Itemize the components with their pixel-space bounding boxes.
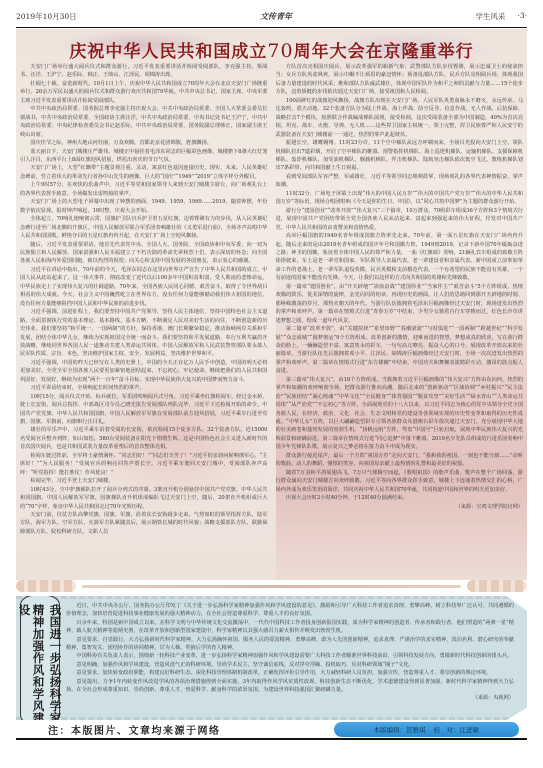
image-source-note: 注：本版图片、文章均来源于网络 [16,722,221,737]
vertical-title-line-1: 我国进一步弘扬科学家 [49,604,63,724]
secondary-article-body: 近日，中共中央办公厅、国务院办公厅印发了《关于进一步弘扬科学家精神加强作风和学风… [66,602,514,703]
page-number: ·3· [517,11,527,22]
article-source: （来源：宝鸡文理学院官网） [276,503,524,511]
issue-date: 2019年10月30日 [16,11,77,22]
paper-name: 文传青年 [260,11,292,22]
main-article-title: 庆祝中华人民共和国成立70周年大会在京隆重举行 [16,37,527,62]
ornamental-divider [16,578,527,594]
article-column-right: 方队首次亮相国庆阅兵，展示改革强军的崭新气象；武警部队方队步伐铿锵，展示忠诚卫士… [276,63,524,573]
vertical-title-line-2: 精神加强作风和学风建设 [18,604,46,724]
editor-name: 本版编辑：贺雅琪 [374,725,426,734]
page-footer: 注：本版图片、文章均来源于网络 本版编辑：贺雅琪 校 对：汪进敏 [16,722,527,740]
proofreader-name: 校 对：汪进敏 [434,725,480,734]
article-source: （来源：央视网） [66,694,514,702]
section-name: 学生风采 [475,11,505,22]
article-column-left: 天安门广场举行盛大阅兵仪式和群众游行，习近平发表重要讲话并检阅受阅部队，李克强主… [20,63,268,573]
divider-ornament-left [16,580,76,592]
editor-badge: 本版编辑：贺雅琪 校 对：汪进敏 [334,722,520,737]
divider-ornament-right [467,580,527,592]
main-article: 庆祝中华人民共和国成立70周年大会在京隆重举行 天安门广场举行盛大阅兵仪式和群众… [16,29,527,580]
vertical-title-box: 我国进一步弘扬科学家 精神加强作风和学风建设 [20,595,60,725]
page-header: 2019年10月30日 文传青年 学生风采 ·3· [16,6,527,28]
article-columns: 天安门广场举行盛大阅兵仪式和群众游行，习近平发表重要讲话并检阅受阅部队，李克强主… [20,63,523,573]
secondary-article: 我国进一步弘扬科学家 精神加强作风和学风建设 近日，中共中央办公厅、国务院办公厅… [16,596,527,720]
